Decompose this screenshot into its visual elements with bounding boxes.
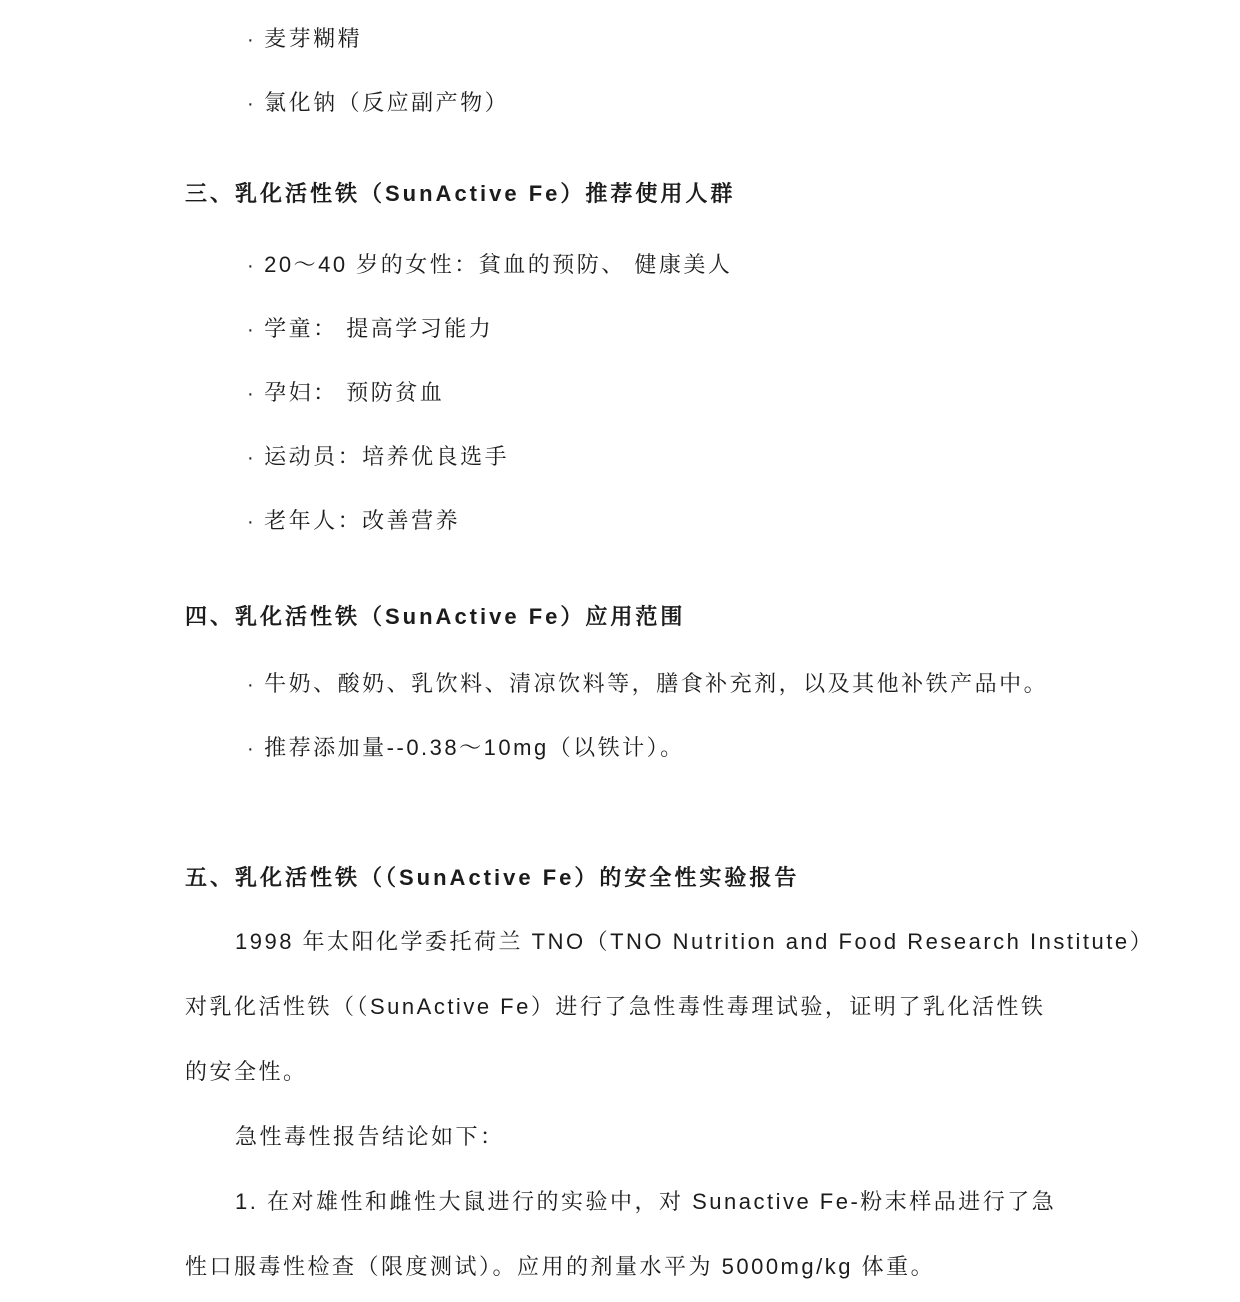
bullet-icon: · (247, 89, 256, 119)
list-item-text: 运动员：培养优良选手 (264, 444, 509, 469)
bullet-icon: · (247, 379, 256, 409)
list-item-text: 推荐添加量--0.38～10mg（以铁计）。 (264, 735, 685, 760)
list-item-text: 麦芽糊精 (264, 26, 362, 51)
document-page: ·麦芽糊精 ·氯化钠（反应副产物） 三、乳化活性铁（SunActive Fe）推… (0, 0, 1240, 1302)
section-heading-5: 五、乳化活性铁（（SunActive Fe）的安全性实验报告 (185, 863, 799, 893)
list-item: ·麦芽糊精 (247, 24, 362, 55)
paragraph-line: 1. 在对雄性和雌性大鼠进行的实验中，对 Sunactive Fe-粉末样品进行… (235, 1187, 1056, 1217)
list-item-text: 学童： 提高学习能力 (264, 316, 493, 341)
list-item: ·运动员：培养优良选手 (247, 442, 509, 473)
paragraph-line: 急性毒性报告结论如下： (235, 1122, 505, 1152)
bullet-icon: · (247, 443, 256, 473)
paragraph-line: 对乳化活性铁（（SunActive Fe）进行了急性毒性毒理试验，证明了乳化活性… (185, 992, 1045, 1022)
list-item: ·氯化钠（反应副产物） (247, 88, 509, 119)
list-item: ·20～40 岁的女性：貧血的预防、 健康美人 (247, 250, 732, 281)
paragraph-line: 的安全性。 (185, 1057, 308, 1087)
list-item-text: 老年人：改善营养 (264, 508, 460, 533)
list-item-text: 牛奶、酸奶、乳饮料、清凉饮料等，膳食补充剂，以及其他补铁产品中。 (264, 671, 1048, 696)
paragraph-line: 性口服毒性检查（限度测试）。应用的剂量水平为 5000mg/kg 体重。 (185, 1252, 935, 1282)
list-item: ·推荐添加量--0.38～10mg（以铁计）。 (247, 733, 685, 764)
paragraph-line: 1998 年太阳化学委托荷兰 TNO（TNO Nutrition and Foo… (235, 927, 1154, 957)
list-item-text: 氯化钠（反应副产物） (264, 90, 509, 115)
list-item: ·牛奶、酸奶、乳饮料、清凉饮料等，膳食补充剂，以及其他补铁产品中。 (247, 669, 1048, 700)
list-item: ·学童： 提高学习能力 (247, 314, 493, 345)
bullet-icon: · (247, 734, 256, 764)
section-heading-4: 四、乳化活性铁（SunActive Fe）应用范围 (185, 602, 685, 632)
bullet-icon: · (247, 315, 256, 345)
bullet-icon: · (247, 670, 256, 700)
bullet-icon: · (247, 25, 256, 55)
list-item-text: 20～40 岁的女性：貧血的预防、 健康美人 (264, 252, 732, 277)
list-item: ·老年人：改善营养 (247, 506, 460, 537)
section-heading-3: 三、乳化活性铁（SunActive Fe）推荐使用人群 (185, 179, 735, 209)
bullet-icon: · (247, 507, 256, 537)
list-item-text: 孕妇： 预防贫血 (264, 380, 444, 405)
bullet-icon: · (247, 251, 256, 281)
list-item: ·孕妇： 预防贫血 (247, 378, 444, 409)
